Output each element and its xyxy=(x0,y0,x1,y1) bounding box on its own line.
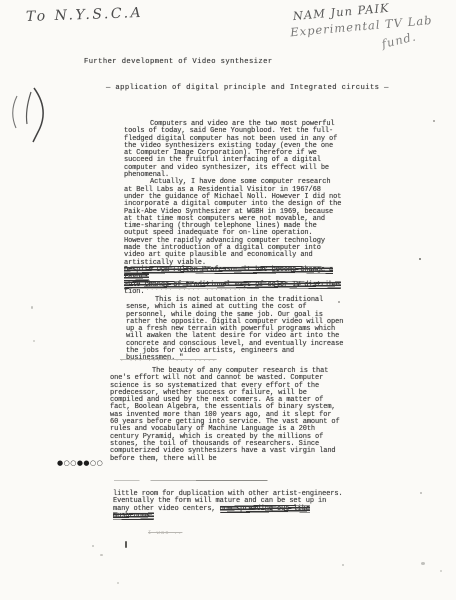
scan-speck xyxy=(440,570,442,572)
body-block-3: The beauty of any computer research is t… xyxy=(110,368,340,463)
pencil-line xyxy=(114,480,272,481)
scan-smudge xyxy=(421,562,425,565)
handwritten-addressee-note: To N.Y.S.C.A xyxy=(26,5,144,25)
scan-speck xyxy=(100,554,103,556)
punch-marks: ●○○●●○○ xyxy=(57,459,103,467)
scan-speck xyxy=(33,340,35,342)
scan-speck xyxy=(342,564,344,566)
handwritten-signature-note: NAM Jun PAIK Experimental TV Lab fund. xyxy=(292,0,434,56)
paragraph-3: This is not automation in the traditiona… xyxy=(126,297,344,363)
crossed-out-line-1: Despite Don Fulton Professor it has beco… xyxy=(124,267,342,282)
erased-text-remnant-2: . ... ... . .. ...... xyxy=(120,357,217,363)
erased-text-remnant-1: .. ...... ..... ......... xyxy=(132,286,247,292)
paragraph-2: Actually, I have done some computer rese… xyxy=(124,179,342,267)
scan-speck xyxy=(31,306,33,309)
scan-speck xyxy=(433,120,435,122)
paragraph-4: The beauty of any computer research is t… xyxy=(110,368,340,463)
scan-speck xyxy=(92,545,94,547)
scan-speck xyxy=(338,301,340,303)
scan-speck xyxy=(117,582,119,584)
paragraph-5: little room for duplication with other a… xyxy=(113,491,345,520)
body-block-1: Computers and video are the two most pow… xyxy=(124,121,342,296)
scanned-document-page: To N.Y.S.C.A NAM Jun PAIK Experimental T… xyxy=(0,0,456,600)
body-block-4: little room for duplication with other a… xyxy=(113,491,345,520)
body-block-2: This is not automation in the traditiona… xyxy=(126,297,344,363)
erased-text-remnant-3: I was .. xyxy=(148,530,182,536)
paragraph-1: Computers and video are the two most pow… xyxy=(124,121,342,179)
margin-pen-mark xyxy=(4,84,52,146)
scan-smudge xyxy=(125,541,127,548)
scan-speck xyxy=(420,492,422,494)
document-title: Further development of Video synthesizer xyxy=(84,59,273,66)
document-subtitle: — application of digital principle and I… xyxy=(106,85,389,92)
scan-speck xyxy=(419,258,421,260)
